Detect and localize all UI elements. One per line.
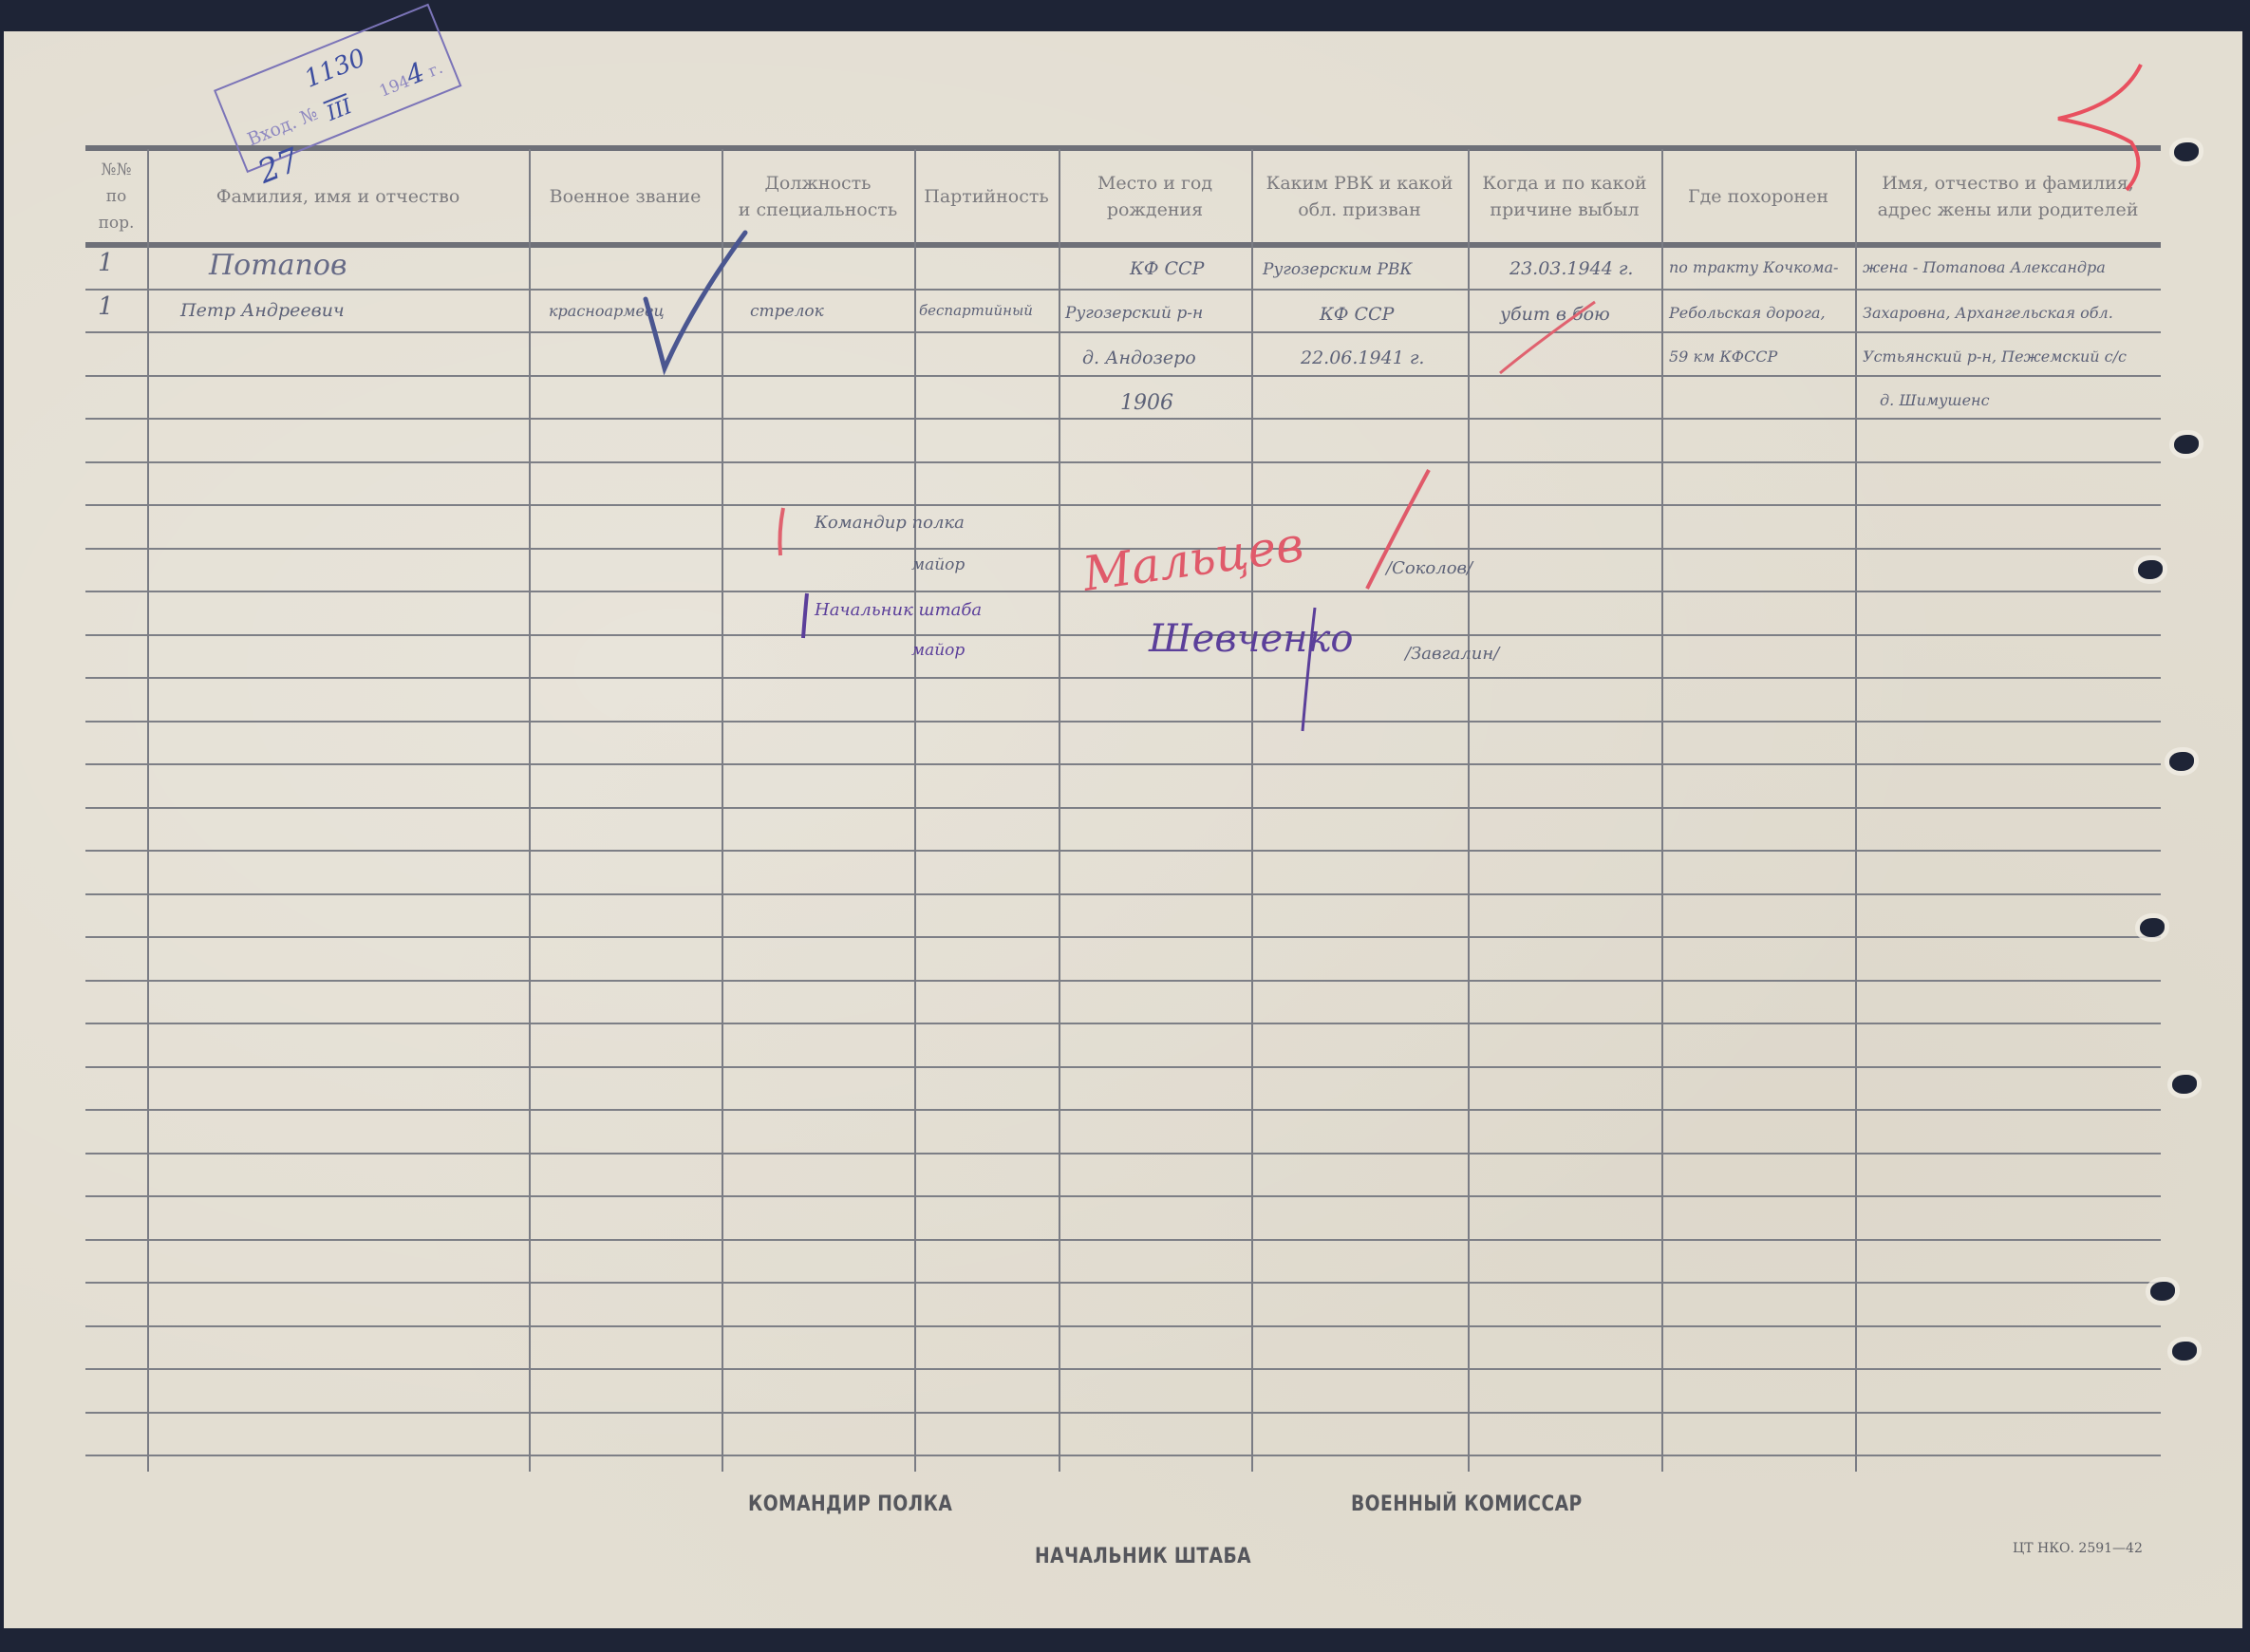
punch-hole: [2174, 435, 2199, 454]
punch-hole: [2172, 1342, 2197, 1361]
punch-hole: [2140, 918, 2165, 937]
punch-hole: [2174, 142, 2199, 161]
punch-hole: [2172, 1075, 2197, 1094]
red-signature-tail-icon: [1367, 470, 1429, 589]
red-tick-commander-icon: [779, 508, 783, 555]
violet-signature-tail-icon: [1303, 608, 1315, 731]
punch-hole: [2138, 560, 2163, 579]
punch-hole: [2150, 1282, 2175, 1301]
violet-tick-chief-icon: [803, 593, 807, 638]
red-strike-icon: [1500, 302, 1595, 373]
page-number-mark-icon: [2058, 65, 2141, 190]
punch-hole: [2169, 752, 2194, 771]
pen-marks: [0, 0, 2250, 1652]
check-mark-icon: [646, 233, 745, 368]
